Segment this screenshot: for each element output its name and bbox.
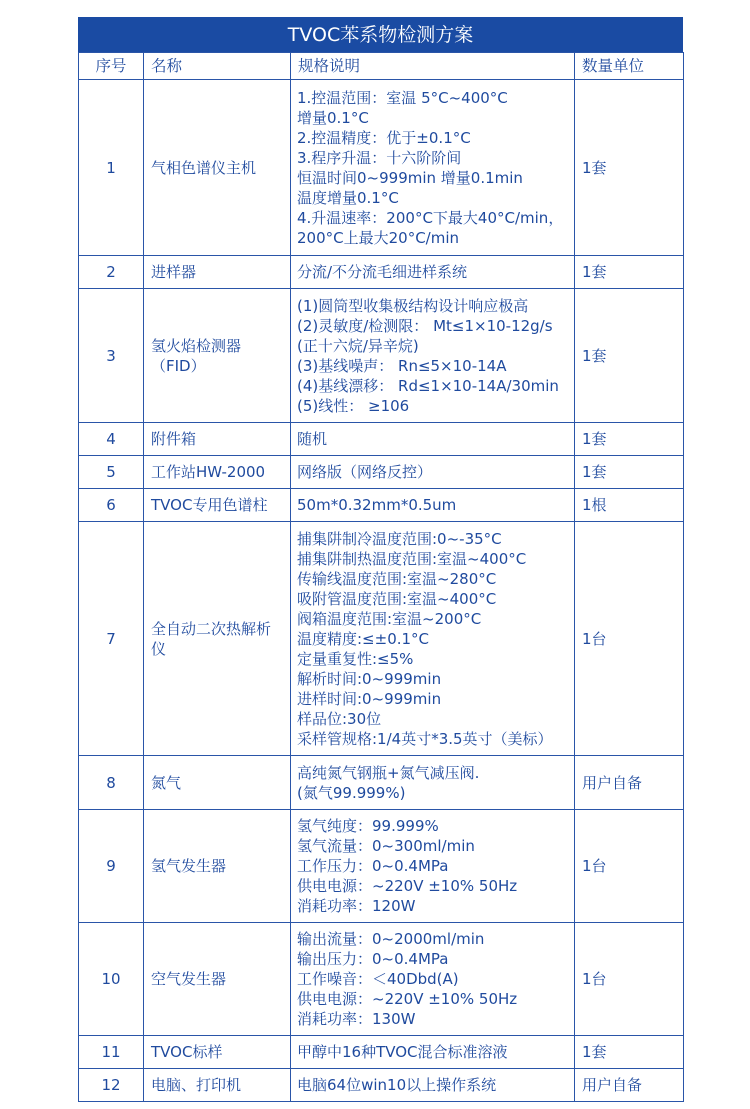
table-row: 5工作站HW-2000网络版（网络反控）1套	[79, 456, 684, 489]
table-row: 4附件箱随机1套	[79, 423, 684, 456]
row-number: 7	[79, 522, 144, 756]
row-name: 氢火焰检测器（FID）	[144, 289, 291, 423]
plan-table-container: TVOC苯系物检测方案 序号 名称 规格说明 数量单位 1气相色谱仪主机1.控温…	[78, 17, 683, 1102]
row-quantity: 用户自备	[575, 756, 684, 810]
spec-line: (4)基线漂移： Rd≤1×10-14A/30min	[297, 376, 568, 396]
table-row: 1气相色谱仪主机1.控温范围：室温 5°C~400°C增量0.1°C2.控温精度…	[79, 80, 684, 256]
spec-line: 输出压力：0~0.4MPa	[297, 949, 568, 969]
spec-line: 样品位:30位	[297, 709, 568, 729]
spec-line: 恒温时间0~999min 增量0.1min	[297, 168, 568, 188]
spec-line: 网络版（网络反控）	[297, 462, 568, 482]
spec-line: (氮气99.999%)	[297, 783, 568, 803]
header-row: 序号 名称 规格说明 数量单位	[79, 53, 684, 80]
header-qty: 数量单位	[575, 53, 684, 80]
row-name: 氮气	[144, 756, 291, 810]
spec-line: (3)基线噪声： Rn≤5×10-14A	[297, 356, 568, 376]
row-name: 全自动二次热解析仪	[144, 522, 291, 756]
table-row: 8氮气高纯氮气钢瓶+氮气减压阀.(氮气99.999%)用户自备	[79, 756, 684, 810]
row-number: 2	[79, 256, 144, 289]
table-row: 9氢气发生器氢气纯度：99.999%氢气流量：0~300ml/min工作压力：0…	[79, 810, 684, 923]
row-quantity: 1台	[575, 923, 684, 1036]
spec-line: 200°C上最大20°C/min	[297, 228, 568, 248]
spec-line: 温度增量0.1°C	[297, 188, 568, 208]
row-quantity: 1台	[575, 810, 684, 923]
spec-line: 定量重复性:≤5%	[297, 649, 568, 669]
spec-line: 供电电源：~220V ±10% 50Hz	[297, 989, 568, 1009]
spec-line: 输出流量：0~2000ml/min	[297, 929, 568, 949]
row-number: 8	[79, 756, 144, 810]
row-quantity: 1套	[575, 80, 684, 256]
table-row: 6TVOC专用色谱柱50m*0.32mm*0.5um1根	[79, 489, 684, 522]
row-quantity: 1套	[575, 256, 684, 289]
table-row: 3氢火焰检测器（FID）(1)圆筒型收集极结构设计响应极高(2)灵敏度/检测限：…	[79, 289, 684, 423]
spec-line: 温度精度:≤±0.1°C	[297, 629, 568, 649]
spec-line: 供电电源：~220V ±10% 50Hz	[297, 876, 568, 896]
row-name: TVOC专用色谱柱	[144, 489, 291, 522]
table-row: 10空气发生器输出流量：0~2000ml/min输出压力：0~0.4MPa工作噪…	[79, 923, 684, 1036]
spec-line: (1)圆筒型收集极结构设计响应极高	[297, 296, 568, 316]
spec-line: 高纯氮气钢瓶+氮气减压阀.	[297, 763, 568, 783]
spec-line: 消耗功率：120W	[297, 896, 568, 916]
row-name: TVOC标样	[144, 1036, 291, 1069]
spec-line: 氢气流量：0~300ml/min	[297, 836, 568, 856]
row-spec: 高纯氮气钢瓶+氮气减压阀.(氮气99.999%)	[291, 756, 575, 810]
row-number: 6	[79, 489, 144, 522]
spec-line: 传输线温度范围:室温~280°C	[297, 569, 568, 589]
row-spec: 随机	[291, 423, 575, 456]
plan-table: 序号 名称 规格说明 数量单位 1气相色谱仪主机1.控温范围：室温 5°C~40…	[78, 52, 684, 1102]
row-quantity: 1套	[575, 289, 684, 423]
row-number: 11	[79, 1036, 144, 1069]
row-spec: 氢气纯度：99.999%氢气流量：0~300ml/min工作压力：0~0.4MP…	[291, 810, 575, 923]
header-spec: 规格说明	[291, 53, 575, 80]
row-spec: 甲醇中16种TVOC混合标准溶液	[291, 1036, 575, 1069]
spec-line: 捕集阱制冷温度范围:0~-35°C	[297, 529, 568, 549]
spec-line: 2.控温精度：优于±0.1°C	[297, 128, 568, 148]
spec-line: 分流/不分流毛细进样系统	[297, 262, 568, 282]
header-no: 序号	[79, 53, 144, 80]
table-row: 11TVOC标样甲醇中16种TVOC混合标准溶液1套	[79, 1036, 684, 1069]
row-spec: 50m*0.32mm*0.5um	[291, 489, 575, 522]
table-row: 7全自动二次热解析仪捕集阱制冷温度范围:0~-35°C捕集阱制热温度范围:室温~…	[79, 522, 684, 756]
row-spec: 网络版（网络反控）	[291, 456, 575, 489]
row-quantity: 1套	[575, 423, 684, 456]
spec-line: 随机	[297, 429, 568, 449]
table-title: TVOC苯系物检测方案	[78, 17, 683, 52]
spec-line: 消耗功率：130W	[297, 1009, 568, 1029]
row-name: 工作站HW-2000	[144, 456, 291, 489]
row-spec: 1.控温范围：室温 5°C~400°C增量0.1°C2.控温精度：优于±0.1°…	[291, 80, 575, 256]
row-number: 5	[79, 456, 144, 489]
header-name: 名称	[144, 53, 291, 80]
row-quantity: 1套	[575, 1036, 684, 1069]
spec-line: (正十六烷/异辛烷)	[297, 336, 568, 356]
table-row: 2进样器分流/不分流毛细进样系统1套	[79, 256, 684, 289]
row-spec: 电脑64位win10以上操作系统	[291, 1069, 575, 1102]
row-number: 12	[79, 1069, 144, 1102]
spec-line: 解析时间:0~999min	[297, 669, 568, 689]
spec-line: (2)灵敏度/检测限： Mt≤1×10-12g/s	[297, 316, 568, 336]
row-name: 电脑、打印机	[144, 1069, 291, 1102]
row-spec: 捕集阱制冷温度范围:0~-35°C捕集阱制热温度范围:室温~400°C传输线温度…	[291, 522, 575, 756]
row-number: 10	[79, 923, 144, 1036]
row-name: 氢气发生器	[144, 810, 291, 923]
spec-line: 3.程序升温：十六阶阶间	[297, 148, 568, 168]
spec-line: (5)线性： ≥106	[297, 396, 568, 416]
row-name: 附件箱	[144, 423, 291, 456]
row-number: 3	[79, 289, 144, 423]
spec-line: 甲醇中16种TVOC混合标准溶液	[297, 1042, 568, 1062]
spec-line: 工作压力：0~0.4MPa	[297, 856, 568, 876]
row-quantity: 1台	[575, 522, 684, 756]
row-name: 气相色谱仪主机	[144, 80, 291, 256]
row-quantity: 1根	[575, 489, 684, 522]
spec-line: 氢气纯度：99.999%	[297, 816, 568, 836]
row-quantity: 1套	[575, 456, 684, 489]
table-row: 12电脑、打印机电脑64位win10以上操作系统用户自备	[79, 1069, 684, 1102]
spec-line: 工作噪音：＜40Dbd(A)	[297, 969, 568, 989]
row-spec: (1)圆筒型收集极结构设计响应极高(2)灵敏度/检测限： Mt≤1×10-12g…	[291, 289, 575, 423]
spec-line: 增量0.1°C	[297, 108, 568, 128]
spec-line: 阀箱温度范围:室温~200°C	[297, 609, 568, 629]
spec-line: 采样管规格:1/4英寸*3.5英寸（美标）	[297, 729, 568, 749]
row-name: 空气发生器	[144, 923, 291, 1036]
row-number: 9	[79, 810, 144, 923]
row-number: 1	[79, 80, 144, 256]
spec-line: 捕集阱制热温度范围:室温~400°C	[297, 549, 568, 569]
spec-line: 50m*0.32mm*0.5um	[297, 495, 568, 515]
row-quantity: 用户自备	[575, 1069, 684, 1102]
spec-line: 1.控温范围：室温 5°C~400°C	[297, 88, 568, 108]
spec-line: 吸附管温度范围:室温~400°C	[297, 589, 568, 609]
row-name: 进样器	[144, 256, 291, 289]
spec-line: 进样时间:0~999min	[297, 689, 568, 709]
spec-line: 4.升温速率：200°C下最大40°C/min，	[297, 208, 568, 228]
spec-line: 电脑64位win10以上操作系统	[297, 1075, 568, 1095]
row-spec: 分流/不分流毛细进样系统	[291, 256, 575, 289]
row-spec: 输出流量：0~2000ml/min输出压力：0~0.4MPa工作噪音：＜40Db…	[291, 923, 575, 1036]
row-number: 4	[79, 423, 144, 456]
